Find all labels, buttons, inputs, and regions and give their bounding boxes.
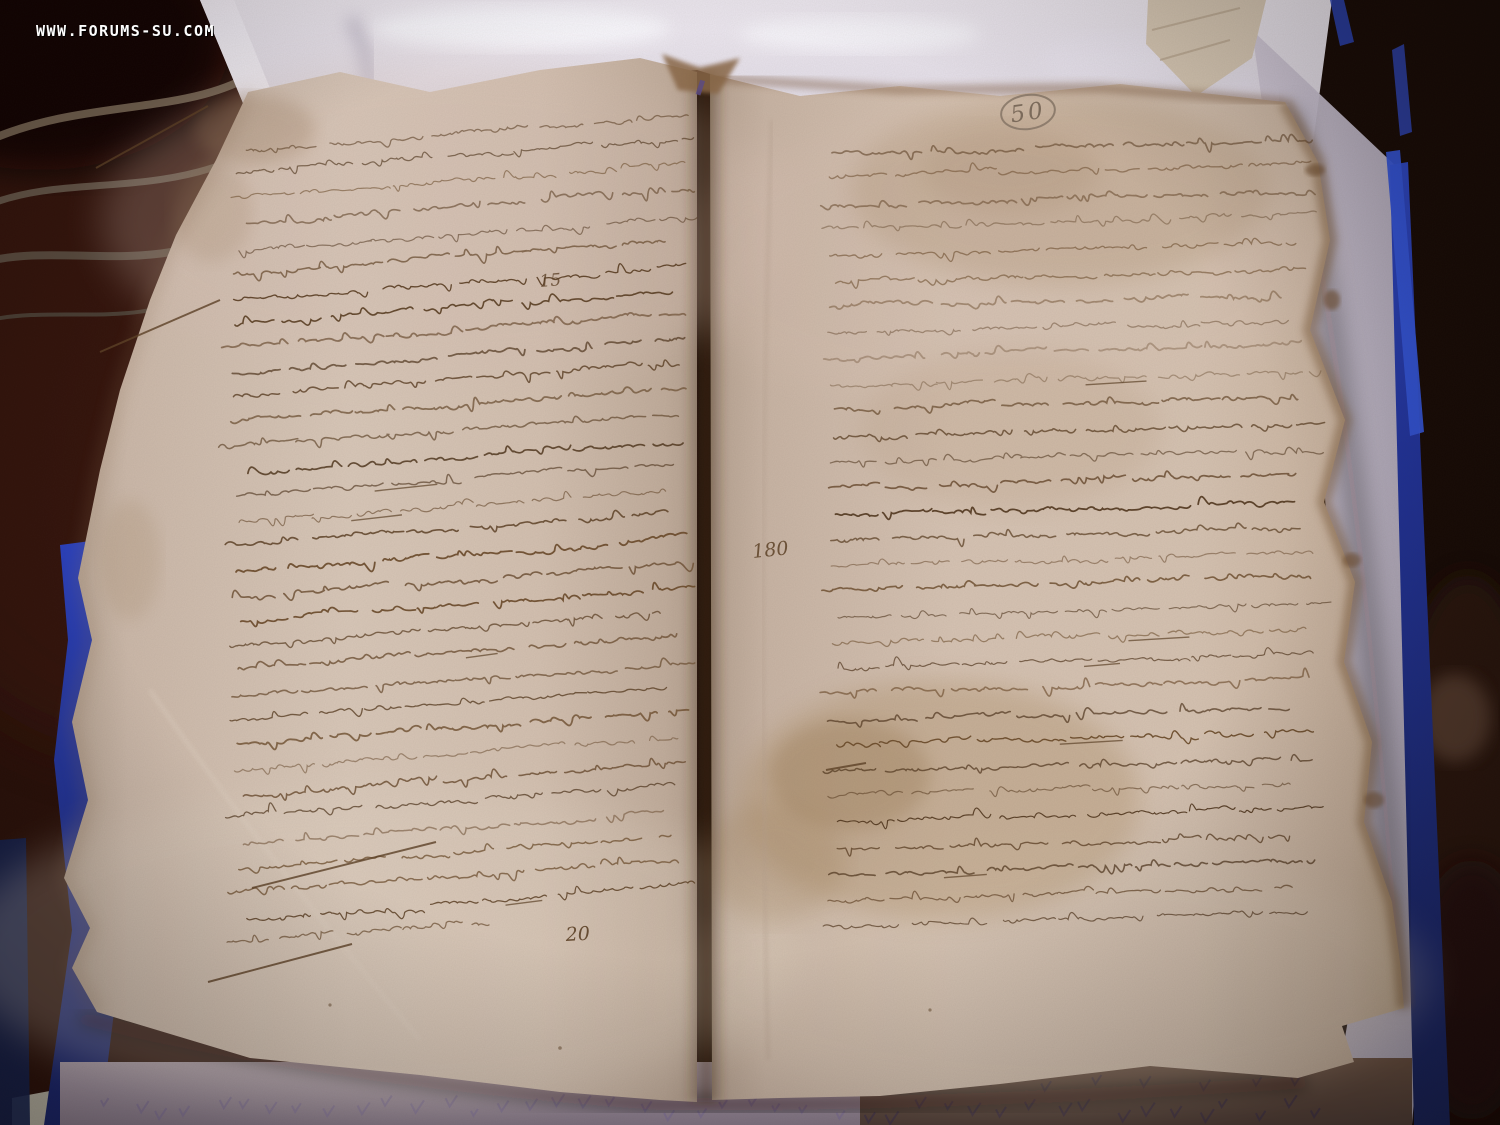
film-grain (0, 0, 1500, 1125)
watermark: WWW.FORUMS-SU.COM (36, 24, 215, 39)
photo-scene: 50 180 15 20 WWW.FORUMS-SU.COM (0, 0, 1500, 1125)
photo-render: 50 180 15 20 (0, 0, 1500, 1125)
